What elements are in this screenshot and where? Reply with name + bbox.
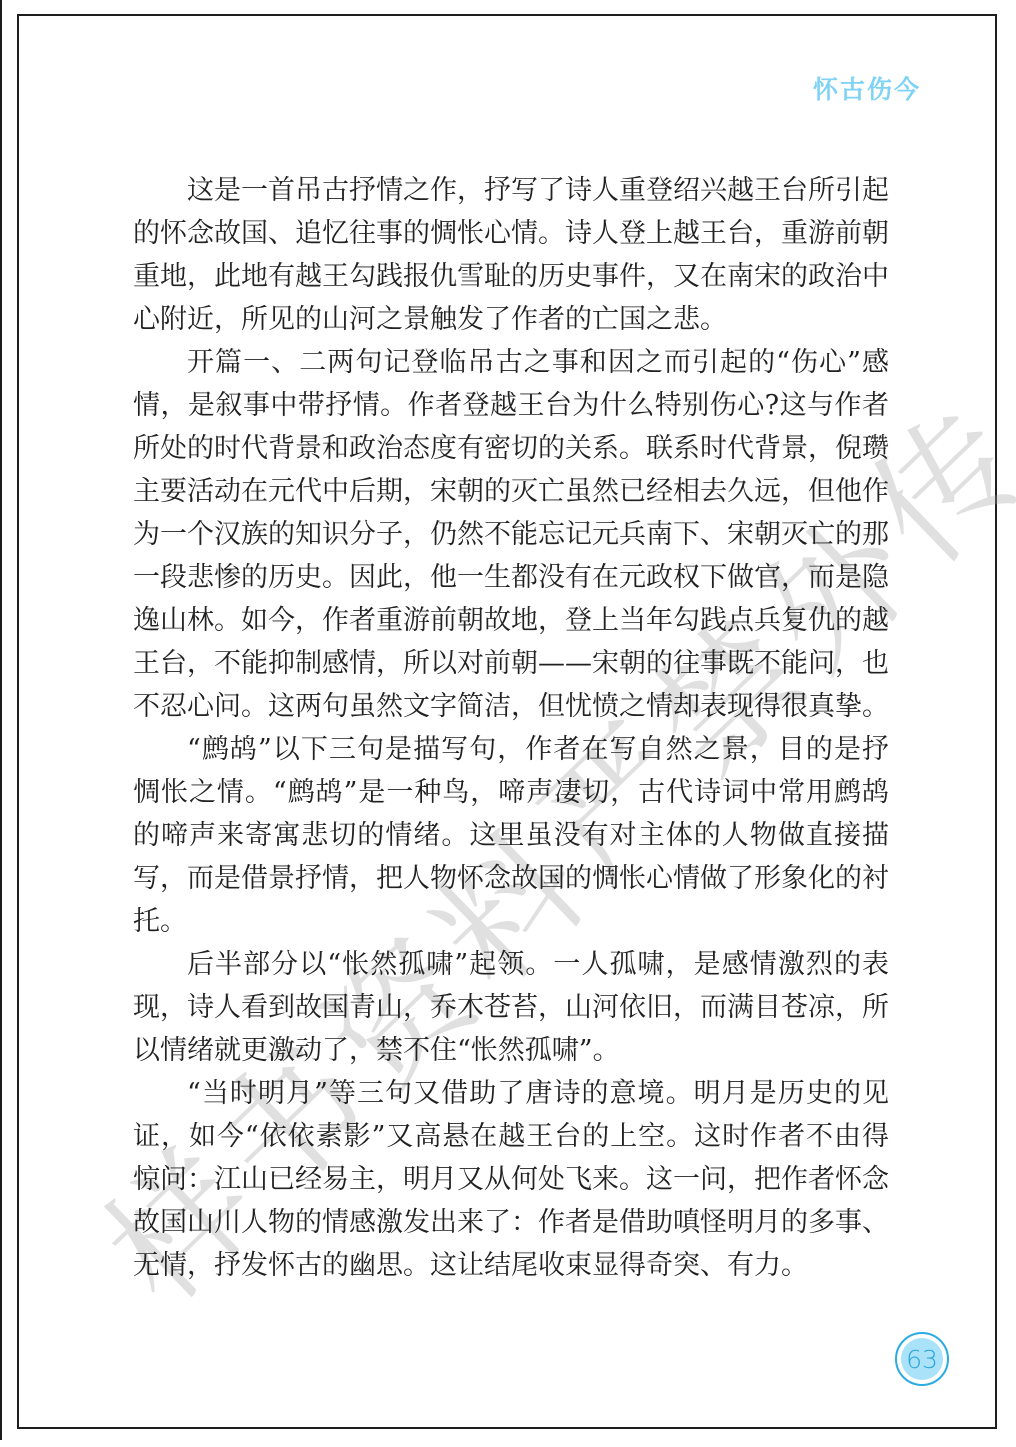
paragraph: “鹧鸪”以下三句是描写句，作者在写自然之景，目的是抒惆怅之情。“鹧鸪”是一种鸟，… (133, 728, 889, 943)
paragraph: 后半部分以“怅然孤啸”起领。一人孤啸，是感情激烈的表现，诗人看到故国青山，乔木苍… (133, 943, 889, 1072)
paragraph: 这是一首吊古抒情之作，抒写了诗人重登绍兴越王台所引起的怀念故国、追忆往事的惆怅心… (133, 169, 889, 341)
section-header-label: 怀古伤今 (813, 70, 921, 106)
paragraph: 开篇一、二两句记登临吊古之事和因之而引起的“伤心”感情，是叙事中带抒情。作者登越… (133, 341, 889, 728)
page-edge-line (0, 0, 2, 1440)
paragraph: “当时明月”等三句又借助了唐诗的意境。明月是历史的见证，如今“依依素影”又高悬在… (133, 1072, 889, 1287)
body-text: 这是一首吊古抒情之作，抒写了诗人重登绍兴越王台所引起的怀念故国、追忆往事的惆怅心… (133, 169, 889, 1287)
page-number: 63 (906, 1345, 938, 1374)
page-number-badge-fill: 63 (901, 1338, 943, 1380)
page-number-badge: 63 (895, 1332, 949, 1386)
